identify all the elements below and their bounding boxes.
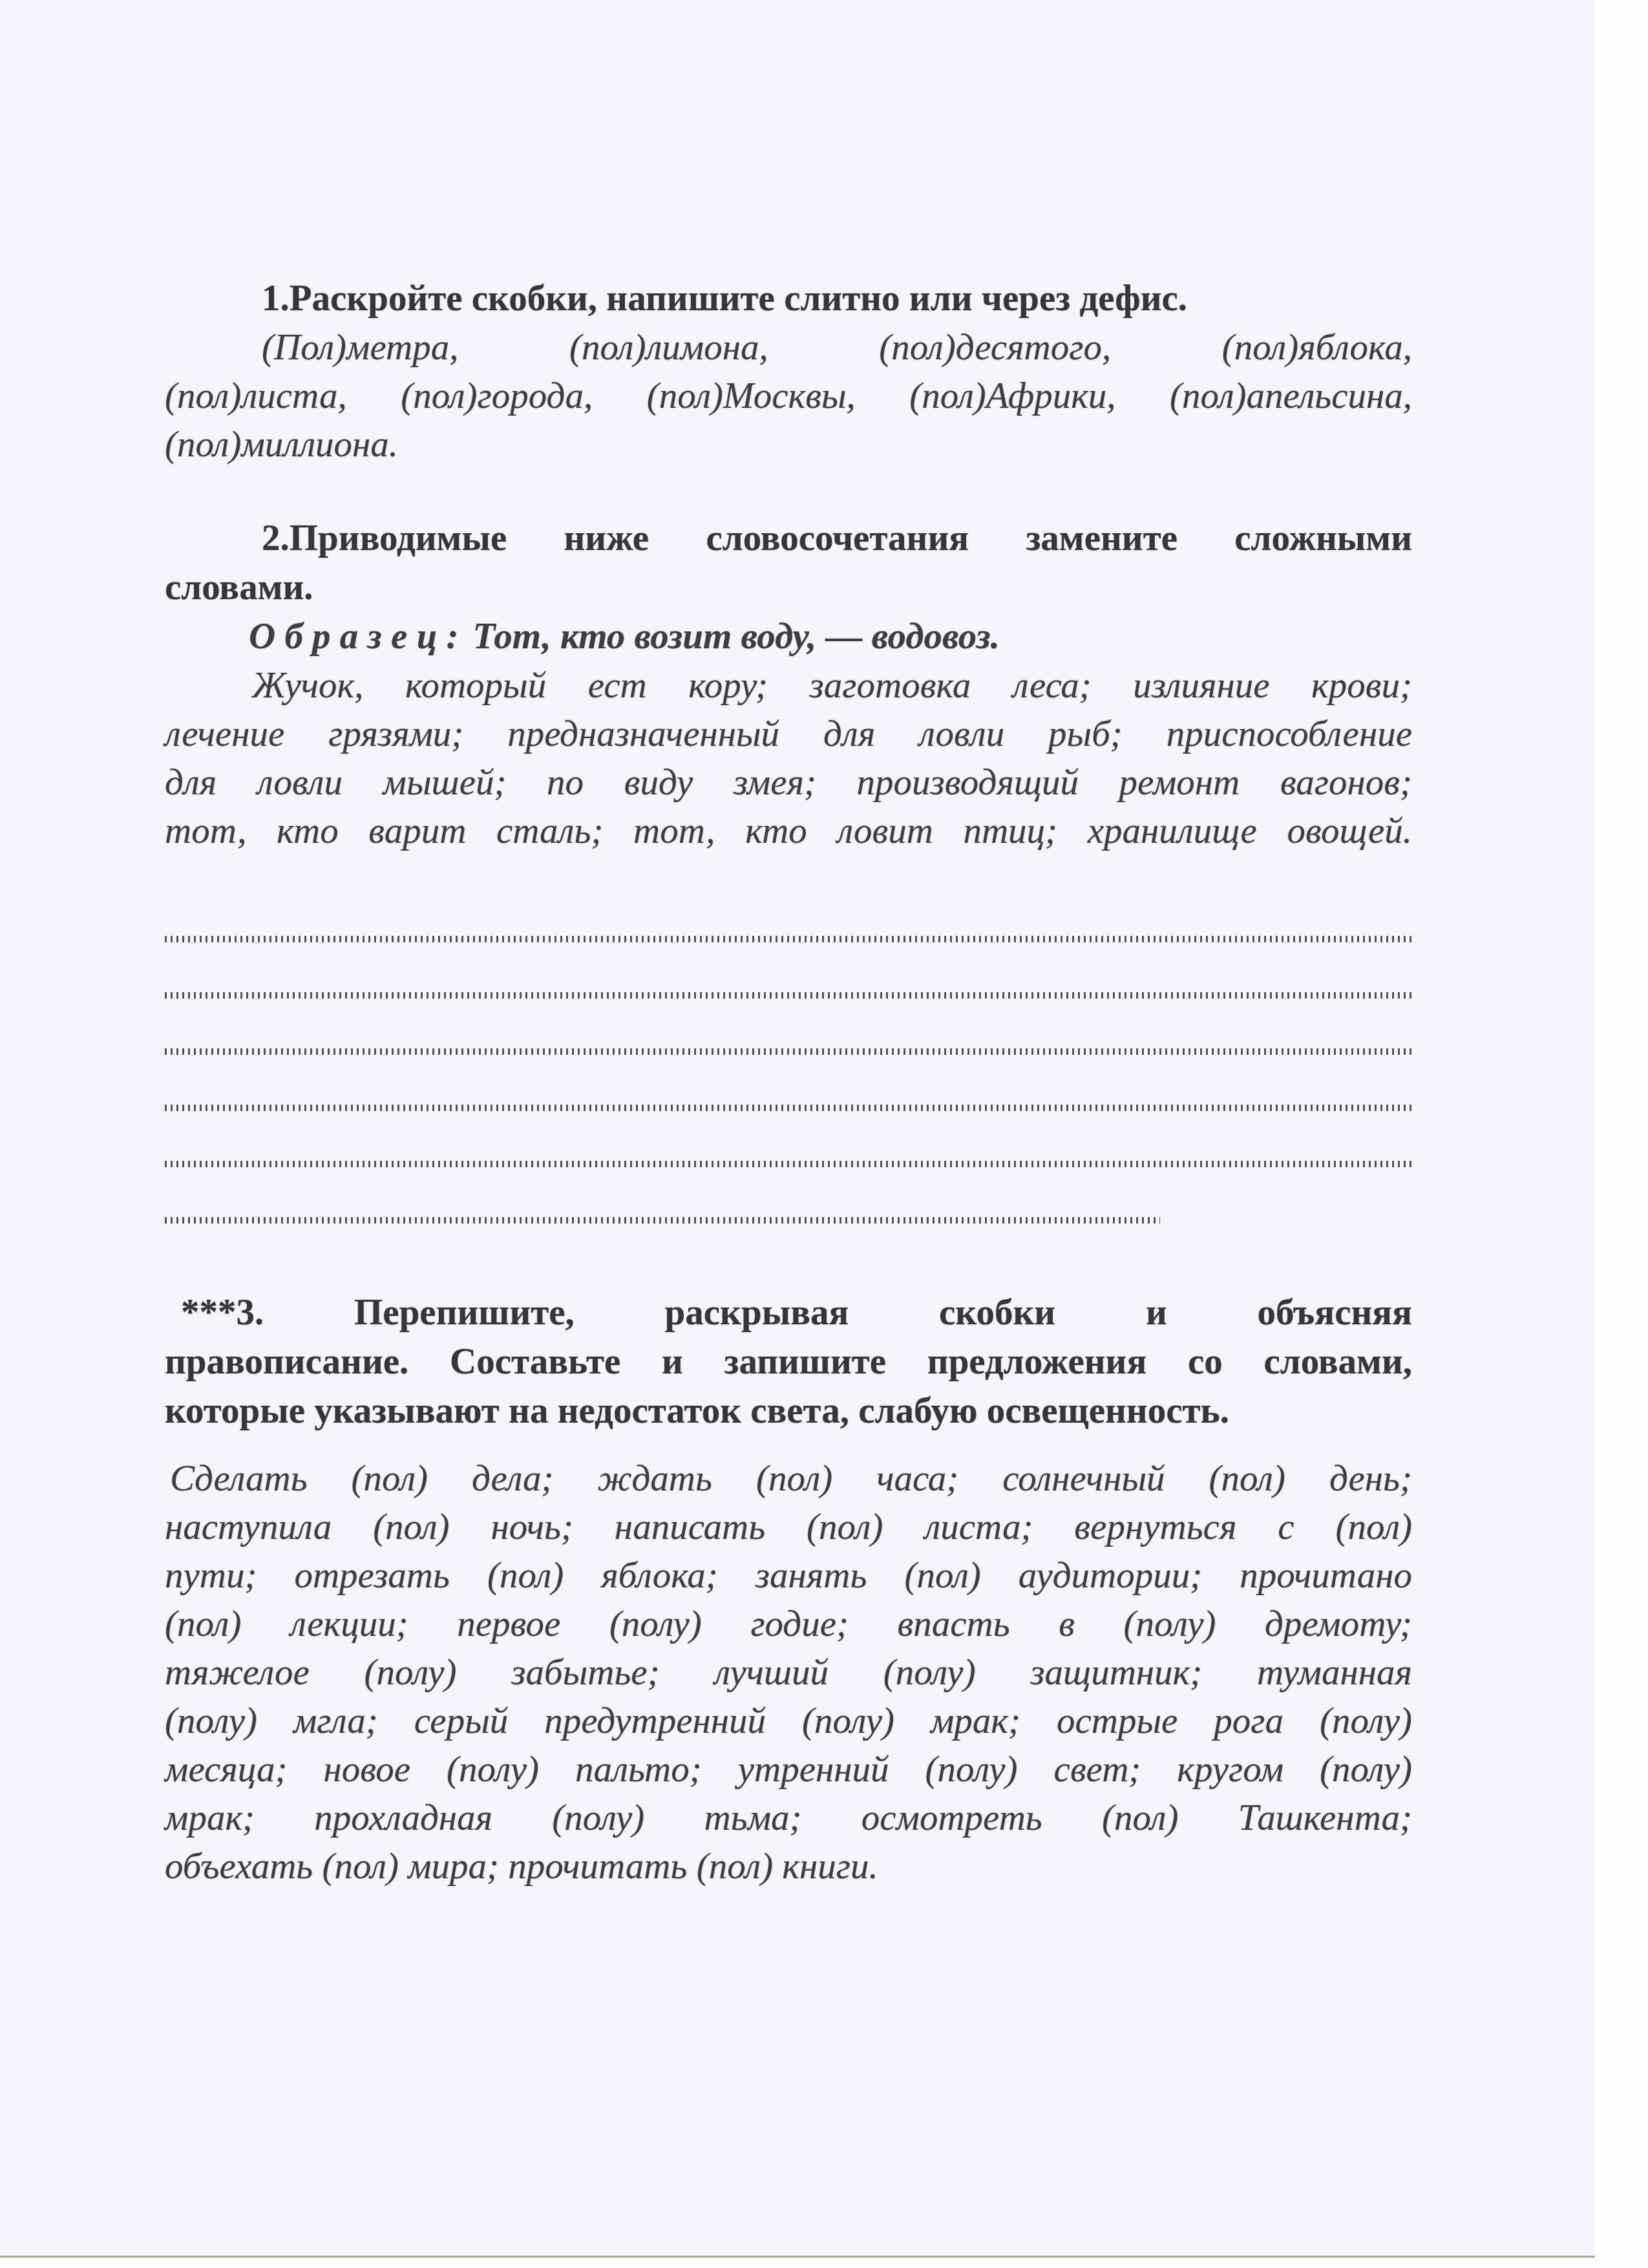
exercise-3-heading-line: правописание. Составьте и запишите предл… [165, 1337, 1412, 1386]
exercise-3-body-line: месяца; новое (полу) пальто; утренний (п… [165, 1745, 1412, 1794]
sample-label: О б р а з е ц : [249, 616, 459, 657]
exercise-1-body: (Пол)метра, (пол)лимона, (пол)десятого, … [165, 323, 1412, 469]
exercise-2-heading-line: 2.Приводимые ниже словосочетания заменит… [165, 514, 1412, 563]
exercise-3-body-line: объехать (пол) мира; прочитать (пол) кни… [165, 1842, 1412, 1891]
exercise-3-body-line: тяжелое (полу) забытье; лучший (полу) за… [165, 1648, 1412, 1697]
exercise-3-heading-line: ***3. Перепишите, раскрывая скобки и объ… [165, 1288, 1412, 1337]
answer-dotted-line [165, 1105, 1412, 1111]
answer-dotted-line [165, 992, 1412, 999]
exercise-1-body-line: (Пол)метра, (пол)лимона, (пол)десятого, … [165, 323, 1412, 372]
exercise-2-heading-line: словами. [165, 563, 1412, 612]
exercise-2-heading: 2.Приводимые ниже словосочетания заменит… [165, 514, 1412, 612]
paper-bottom-edge-line [0, 2256, 1595, 2258]
exercise-3-body-line: мрак; прохладная (полу) тьма; осмотреть … [165, 1794, 1412, 1842]
exercise-1-heading: 1.Раскройте скобки, напишите слитно или … [165, 274, 1412, 323]
exercise-2-sample-line: О б р а з е ц :Тот, кто возит воду, — во… [165, 612, 1412, 661]
exercise-3-heading-line: которые указывают на недостаток света, с… [165, 1386, 1412, 1436]
exercise-1-body-line: (пол)миллиона. [165, 420, 1412, 469]
exercise-3-body: Сделать (пол) дела; ждать (пол) часа; со… [165, 1454, 1412, 1891]
answer-dotted-line [165, 1048, 1412, 1055]
exercise-2-body-line: Жучок, который ест кору; заготовка леса;… [165, 661, 1412, 710]
answer-dotted-line [165, 1161, 1412, 1167]
exercise-2-body-line: лечение грязями; предназначенный для лов… [165, 710, 1412, 758]
answer-lines-block [165, 936, 1412, 1273]
exercise-2-body: Жучок, который ест кору; заготовка леса;… [165, 661, 1412, 855]
exercise-2-body-line: тот, кто варит сталь; тот, кто ловит пти… [165, 807, 1412, 855]
exercise-3-body-line: пути; отрезать (пол) яблока; занять (пол… [165, 1551, 1412, 1600]
exercise-3-body-line: (пол) лекции; первое (полу) годие; впаст… [165, 1600, 1412, 1648]
exercise-1-body-line: (пол)листа, (пол)города, (пол)Москвы, (п… [165, 372, 1412, 420]
answer-dotted-line [165, 1217, 1160, 1224]
sample-text: Тот, кто возит воду, — водовоз. [473, 616, 1000, 657]
exercise-3-body-line: (полу) мгла; серый предутренний (полу) м… [165, 1697, 1412, 1745]
exercise-2-body-line: для ловли мышей; по виду змея; производя… [165, 758, 1412, 807]
answer-dotted-line [165, 936, 1412, 942]
scanned-worksheet-page: 1.Раскройте скобки, напишите слитно или … [0, 0, 1595, 2257]
page-text-area: 1.Раскройте скобки, напишите слитно или … [165, 0, 1412, 2268]
exercise-3-body-line: наступила (пол) ночь; написать (пол) лис… [165, 1503, 1412, 1551]
exercise-3-heading: ***3. Перепишите, раскрывая скобки и объ… [165, 1288, 1412, 1436]
exercise-3-body-line: Сделать (пол) дела; ждать (пол) часа; со… [165, 1454, 1412, 1503]
